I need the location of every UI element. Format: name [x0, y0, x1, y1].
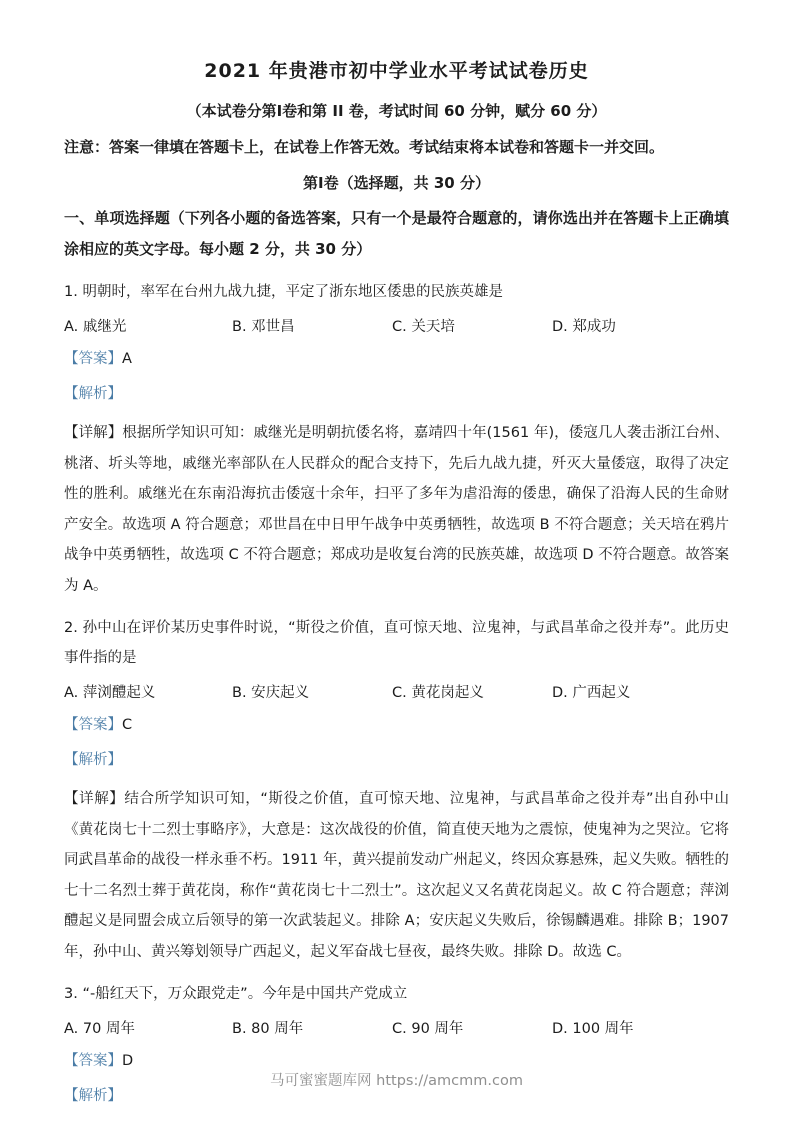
detail-label: 【详解】 — [64, 425, 122, 441]
option-c: C. 关天培 — [392, 317, 552, 337]
answer-line: 【答案】A — [64, 349, 729, 369]
option-d: D. 100 周年 — [552, 1019, 729, 1039]
question-stem: 2. 孙中山在评价某历史事件时说，“斯役之价值，直可惊天地、泣鬼神，与武昌革命之… — [64, 613, 729, 673]
question-2: 2. 孙中山在评价某历史事件时说，“斯役之价值，直可惊天地、泣鬼神，与武昌革命之… — [64, 613, 729, 967]
option-b: B. 80 周年 — [232, 1019, 392, 1039]
analysis-label: 【解析】 — [64, 386, 122, 402]
watermark-site-link: 马可蜜蜜题库网 https://amcmm.com — [0, 1069, 793, 1090]
option-d: D. 郑成功 — [552, 317, 729, 337]
detail-label: 【详解】 — [64, 791, 124, 807]
option-d: D. 广西起义 — [552, 683, 729, 703]
answer-value: A — [122, 351, 132, 367]
analysis-line: 【解析】 — [64, 750, 729, 770]
answer-label: 【答案】 — [64, 717, 122, 733]
exam-notice: 注意：答案一律填在答题卡上，在试卷上作答无效。考试结束将本试卷和答题卡一并交回。 — [64, 136, 729, 158]
page-title: 2021 年贵港市初中学业水平考试试卷历史 — [64, 56, 729, 83]
question-stem: 1. 明朝时，率军在台州九战九捷，平定了浙东地区倭患的民族英雄是 — [64, 277, 729, 307]
paper-subtitle: （本试卷分第Ⅰ卷和第 II 卷，考试时间 60 分钟，赋分 60 分） — [64, 100, 729, 121]
section-heading: 第Ⅰ卷（选择题，共 30 分） — [64, 172, 729, 193]
option-a: A. 70 周年 — [64, 1019, 232, 1039]
analysis-label: 【解析】 — [64, 752, 122, 768]
options-row: A. 70 周年 B. 80 周年 C. 90 周年 D. 100 周年 — [64, 1019, 729, 1039]
answer-value: D — [122, 1053, 133, 1069]
options-row: A. 萍浏醴起义 B. 安庆起义 C. 黄花岗起义 D. 广西起义 — [64, 683, 729, 703]
option-a: A. 戚继光 — [64, 317, 232, 337]
option-b: B. 邓世昌 — [232, 317, 392, 337]
answer-line: 【答案】D — [64, 1051, 729, 1071]
options-row: A. 戚继光 B. 邓世昌 C. 关天培 D. 郑成功 — [64, 317, 729, 337]
question-1: 1. 明朝时，率军在台州九战九捷，平定了浙东地区倭患的民族英雄是 A. 戚继光 … — [64, 277, 729, 601]
answer-value: C — [122, 717, 132, 733]
answer-line: 【答案】C — [64, 715, 729, 735]
answer-label: 【答案】 — [64, 351, 122, 367]
question-stem: 3. “-船红天下，万众跟党走”。今年是中国共产党成立 — [64, 979, 729, 1009]
detail-text: 结合所学知识可知，“斯役之价值，直可惊天地、泣鬼神，与武昌革命之役并寿”出自孙中… — [64, 791, 729, 960]
option-c: C. 90 周年 — [392, 1019, 552, 1039]
part-heading: 一、单项选择题（下列各小题的备选答案，只有一个是最符合题意的，请你选出并在答题卡… — [64, 203, 729, 265]
page-content: 2021 年贵港市初中学业水平考试试卷历史 （本试卷分第Ⅰ卷和第 II 卷，考试… — [0, 0, 793, 1106]
option-c: C. 黄花岗起义 — [392, 683, 552, 703]
detail-text: 根据所学知识可知：戚继光是明朝抗倭名将，嘉靖四十年(1561 年)，倭寇几人袭击… — [64, 425, 729, 594]
detail-paragraph: 【详解】结合所学知识可知，“斯役之价值，直可惊天地、泣鬼神，与武昌革命之役并寿”… — [64, 784, 729, 967]
exam-paper-page: 2021 年贵港市初中学业水平考试试卷历史 （本试卷分第Ⅰ卷和第 II 卷，考试… — [0, 0, 793, 1122]
option-b: B. 安庆起义 — [232, 683, 392, 703]
detail-paragraph: 【详解】根据所学知识可知：戚继光是明朝抗倭名将，嘉靖四十年(1561 年)，倭寇… — [64, 418, 729, 601]
option-a: A. 萍浏醴起义 — [64, 683, 232, 703]
answer-label: 【答案】 — [64, 1053, 122, 1069]
analysis-line: 【解析】 — [64, 384, 729, 404]
